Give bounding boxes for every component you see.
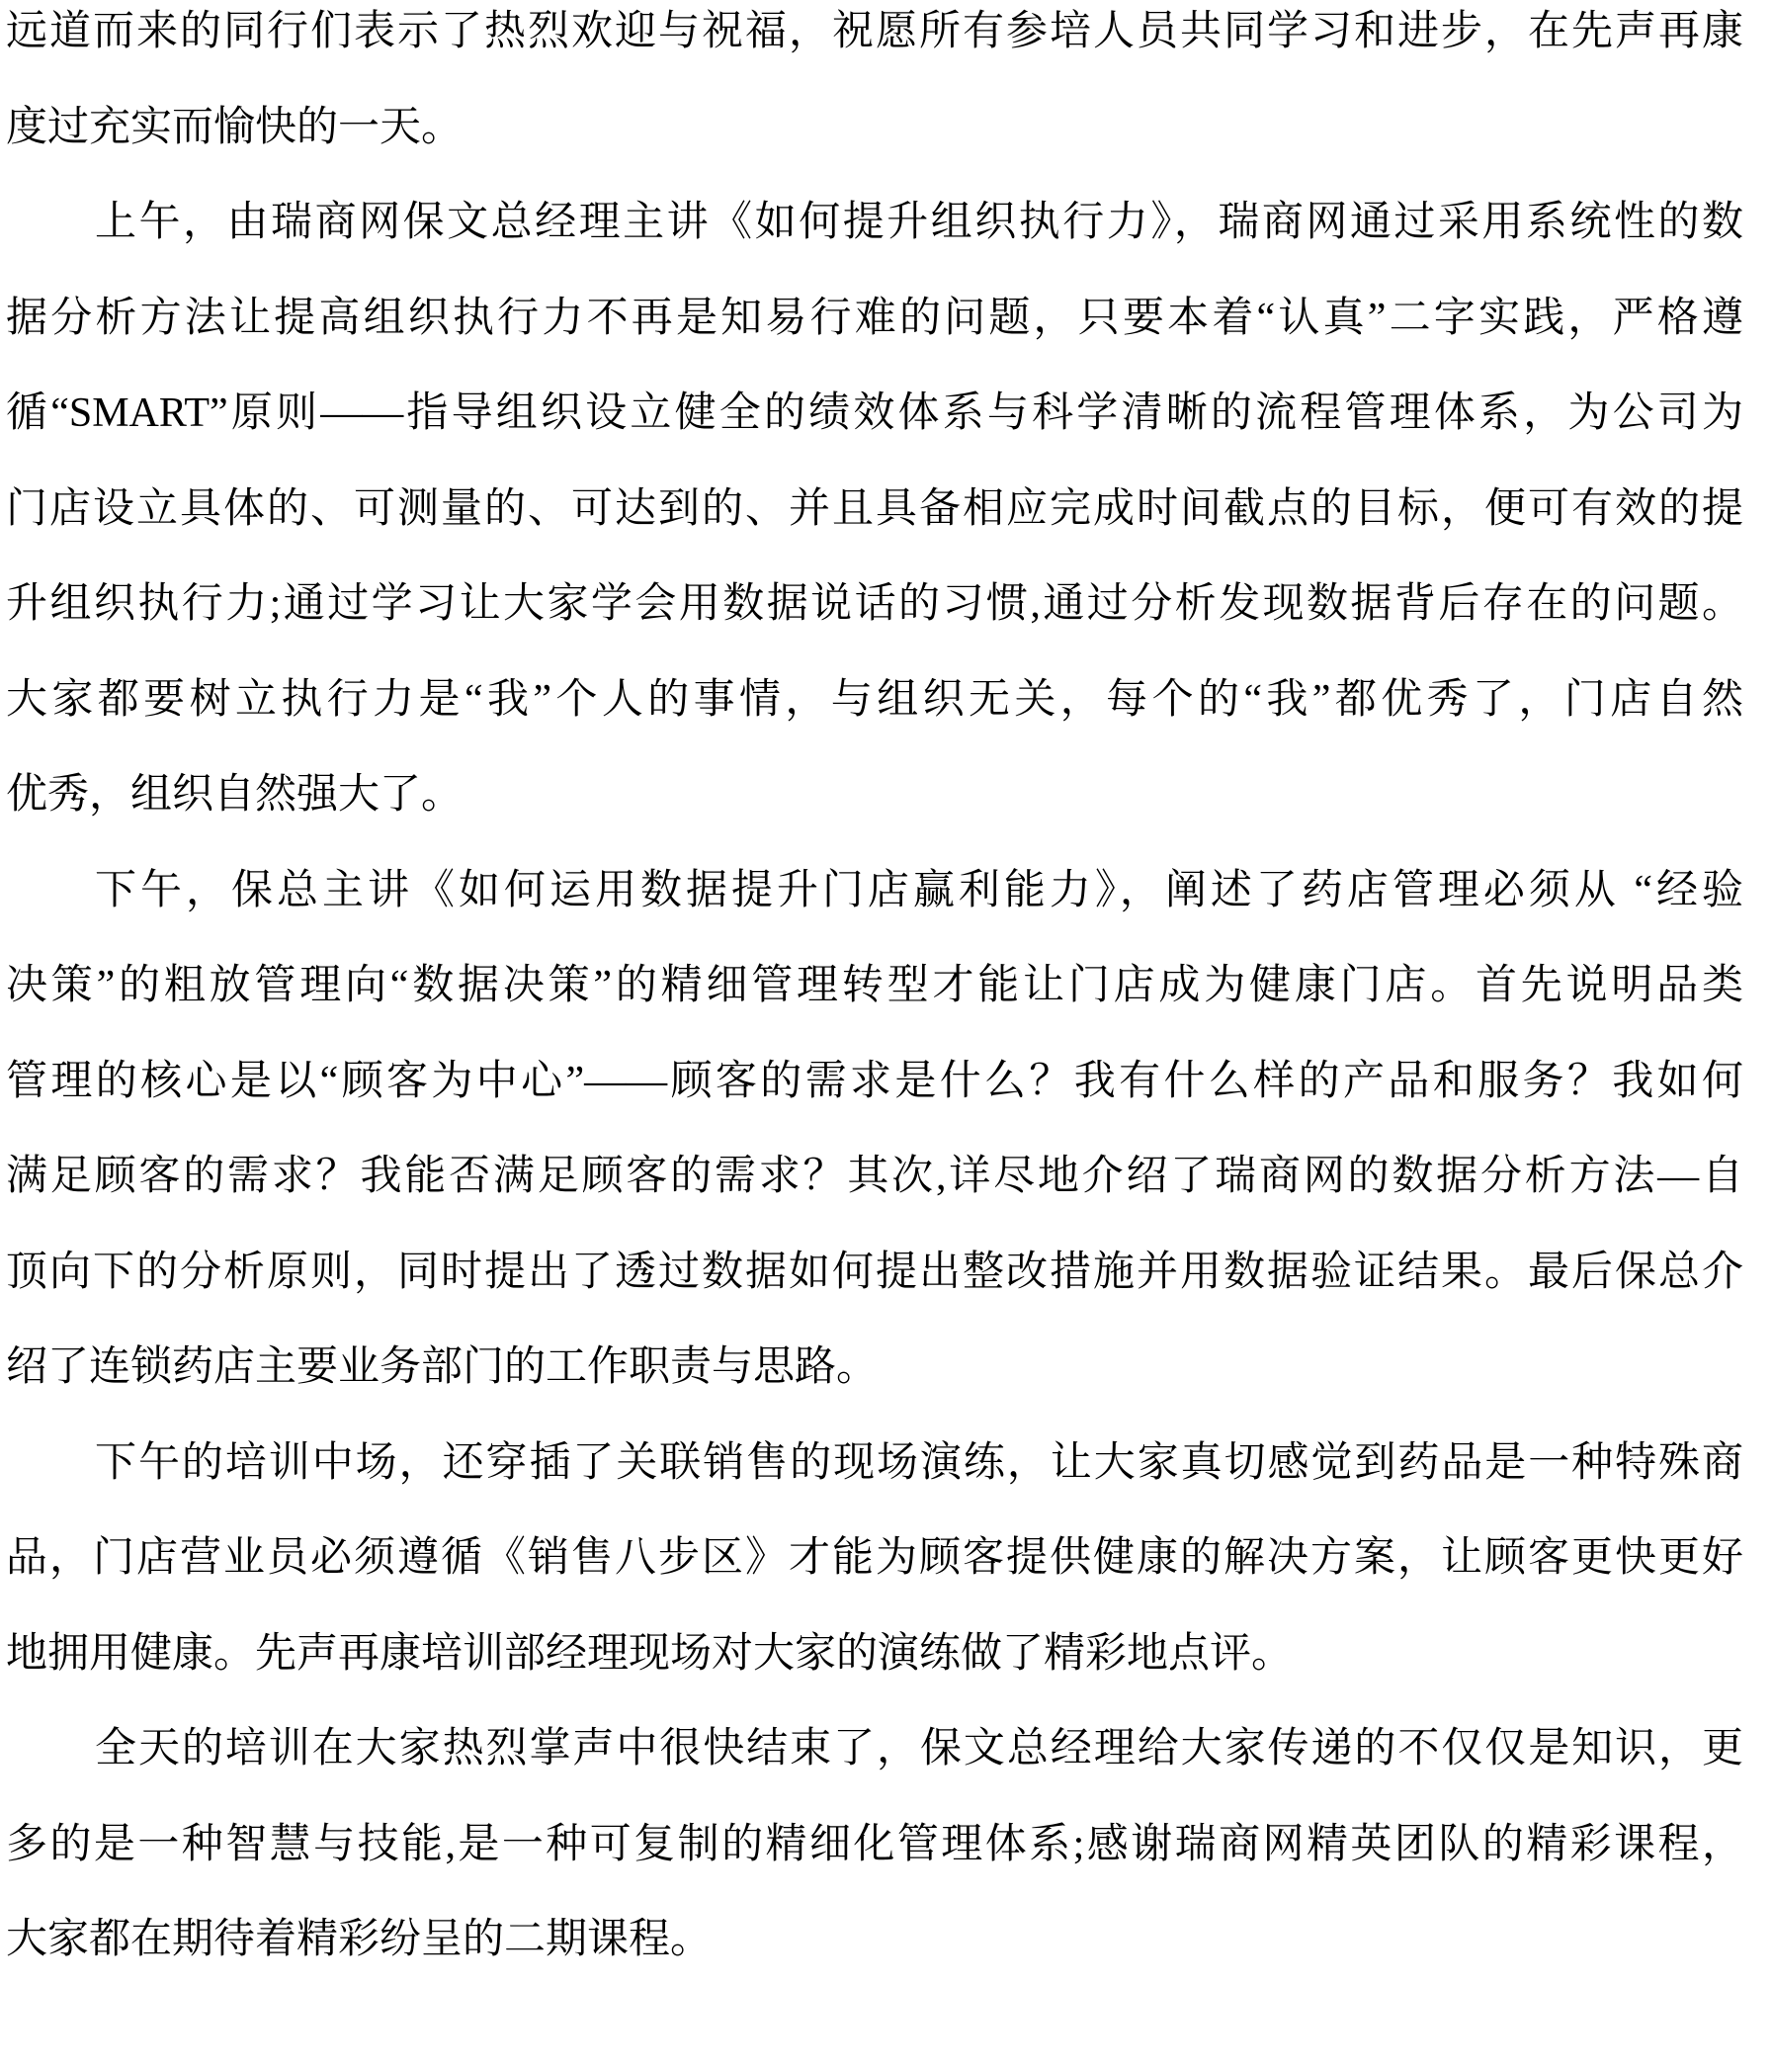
text-line: 决策”的粗放管理向“数据决策”的精细管理转型才能让门店成为健康门店。首先说明品类 bbox=[6, 938, 1743, 1034]
text-line: 下午的培训中场，还穿插了关联销售的现场演练，让大家真切感觉到药品是一种特殊商 bbox=[6, 1416, 1743, 1511]
text-line: 据分析方法让提高组织执行力不再是知易行难的问题，只要本着“认真”二字实践，严格遵 bbox=[6, 271, 1743, 367]
text-line: 优秀，组织自然强大了。 bbox=[6, 747, 1743, 843]
text-line: 大家都在期待着精彩纷呈的二期课程。 bbox=[6, 1892, 1743, 1988]
text-line: 管理的核心是以“顾客为中心”——顾客的需求是什么？我有什么样的产品和服务？我如何 bbox=[6, 1034, 1743, 1130]
text-line: 上午，由瑞商网保文总经理主讲《如何提升组织执行力》，瑞商网通过采用系统性的数 bbox=[6, 175, 1743, 271]
text-line: 绍了连锁药店主要业务部门的工作职责与思路。 bbox=[6, 1320, 1743, 1416]
document-page: 远道而来的同行们表示了热烈欢迎与祝福，祝愿所有参培人员共同学习和进步，在先声再康… bbox=[0, 0, 1772, 2072]
text-line: 品，门店营业员必须遵循《销售八步区》才能为顾客提供健康的解决方案，让顾客更快更好 bbox=[6, 1511, 1743, 1606]
text-line: 远道而来的同行们表示了热烈欢迎与祝福，祝愿所有参培人员共同学习和进步，在先声再康 bbox=[6, 0, 1743, 80]
text-line: 大家都要树立执行力是“我”个人的事情，与组织无关，每个的“我”都优秀了，门店自然 bbox=[6, 652, 1743, 748]
text-line: 度过充实而愉快的一天。 bbox=[6, 80, 1743, 176]
text-line: 地拥用健康。先声再康培训部经理现场对大家的演练做了精彩地点评。 bbox=[6, 1606, 1743, 1702]
text-line: 多的是一种智慧与技能,是一种可复制的精细化管理体系;感谢瑞商网精英团队的精彩课程… bbox=[6, 1797, 1743, 1893]
text-line: 下午，保总主讲《如何运用数据提升门店赢利能力》，阐述了药店管理必须从 “经验 bbox=[6, 843, 1743, 939]
text-line: 门店设立具体的、可测量的、可达到的、并且具备相应完成时间截点的目标，便可有效的提 bbox=[6, 462, 1743, 558]
text-line: 循“SMART”原则——指导组织设立健全的绩效体系与科学清晰的流程管理体系，为公… bbox=[6, 366, 1743, 462]
text-line: 升组织执行力;通过学习让大家学会用数据说话的习惯,通过分析发现数据背后存在的问题… bbox=[6, 557, 1743, 652]
article-body: 远道而来的同行们表示了热烈欢迎与祝福，祝愿所有参培人员共同学习和进步，在先声再康… bbox=[6, 0, 1743, 1988]
text-line: 全天的培训在大家热烈掌声中很快结束了，保文总经理给大家传递的不仅仅是知识，更 bbox=[6, 1701, 1743, 1797]
text-line: 满足顾客的需求？我能否满足顾客的需求？其次,详尽地介绍了瑞商网的数据分析方法—自 bbox=[6, 1129, 1743, 1225]
text-line: 顶向下的分析原则，同时提出了透过数据如何提出整改措施并用数据验证结果。最后保总介 bbox=[6, 1225, 1743, 1321]
